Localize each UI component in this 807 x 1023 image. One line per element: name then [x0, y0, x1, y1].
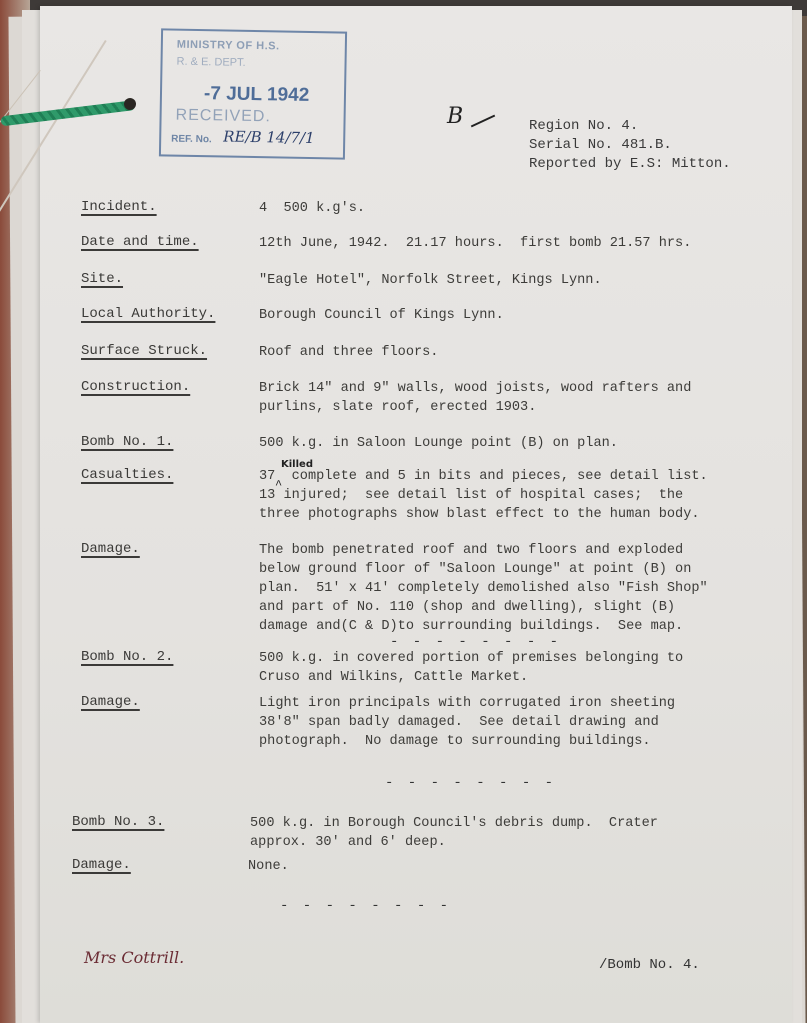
stamp-date: -7 JUL 1942 — [204, 83, 310, 107]
serial-number: Serial No. 481.B. — [529, 136, 731, 155]
stamp-dept: R. & E. DEPT. — [176, 56, 245, 69]
field-label: Bomb No. 3. — [72, 814, 164, 830]
field-label: Construction. — [81, 379, 190, 395]
separator-dashes: - - - - - - - - — [390, 634, 561, 650]
insert-caret: ^ — [275, 478, 282, 492]
field-value: 500 k.g. in covered portion of premises … — [259, 649, 683, 687]
field-label: Casualties. — [81, 467, 173, 483]
field-value: 500 k.g. in Saloon Lounge point (B) on p… — [259, 434, 618, 453]
field-value: Borough Council of Kings Lynn. — [259, 306, 504, 325]
handwritten-signature: Mrs Cottrill. — [84, 948, 184, 967]
separator-dashes: - - - - - - - - — [280, 898, 451, 914]
reported-by: Reported by E.S: Mitton. — [529, 155, 731, 174]
field-label: Damage. — [81, 694, 140, 710]
field-value: Roof and three floors. — [259, 343, 438, 362]
field-label: Local Authority. — [81, 306, 215, 322]
punch-hole — [124, 98, 136, 110]
field-label: Site. — [81, 271, 123, 287]
field-value: 500 k.g. in Borough Council's debris dum… — [250, 814, 658, 852]
stamp-ministry: MINISTRY OF H.S. — [177, 39, 280, 53]
field-label: Bomb No. 2. — [81, 649, 173, 665]
field-label: Surface Struck. — [81, 343, 207, 359]
continued-marker: /Bomb No. 4. — [599, 957, 700, 973]
field-value: 37 complete and 5 in bits and pieces, se… — [259, 467, 708, 524]
report-header: Region No. 4. Serial No. 481.B. Reported… — [529, 117, 731, 174]
handwritten-mark: B — [447, 104, 463, 129]
field-value: "Eagle Hotel", Norfolk Street, Kings Lyn… — [259, 271, 602, 290]
field-label: Incident. — [81, 199, 157, 215]
field-label: Damage. — [72, 857, 131, 873]
region-number: Region No. 4. — [529, 117, 731, 136]
separator-dashes: - - - - - - - - — [385, 775, 556, 791]
received-stamp: MINISTRY OF H.S. R. & E. DEPT. -7 JUL 19… — [159, 28, 347, 159]
field-value: 12th June, 1942. 21.17 hours. first bomb… — [259, 234, 691, 253]
stamp-received: RECEIVED. — [175, 107, 271, 127]
handwritten-killed-annotation: Killed — [281, 459, 313, 470]
field-value: None. — [248, 857, 289, 876]
field-label: Damage. — [81, 541, 140, 557]
stamp-ref-value: RE/B 14/7/1 — [223, 127, 315, 147]
stamp-ref-label: REF. No. — [171, 134, 212, 146]
field-value: The bomb penetrated roof and two floors … — [259, 541, 708, 636]
field-value: 4 500 k.g's. — [259, 199, 365, 218]
field-label: Bomb No. 1. — [81, 434, 173, 450]
field-value: Light iron principals with corrugated ir… — [259, 694, 675, 751]
field-label: Date and time. — [81, 234, 199, 250]
field-value: Brick 14" and 9" walls, wood joists, woo… — [259, 379, 691, 417]
